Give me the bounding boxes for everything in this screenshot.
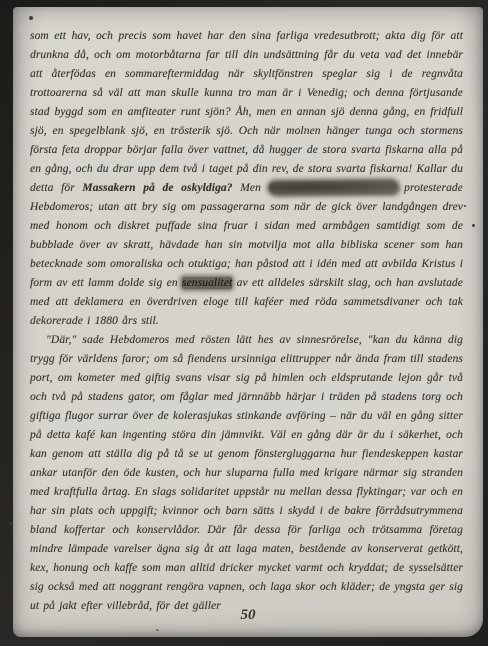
body-text: "Där," sade Hebdomeros med rösten lätt h… [30, 334, 463, 612]
smudge-highlighted-word: sensualitet [182, 277, 232, 289]
page-text: som ett hav, och precis som havet har de… [30, 27, 463, 616]
scanned-page: som ett hav, och precis som havet har de… [0, 0, 488, 646]
scan-speck [9, 522, 12, 525]
scan-speck [472, 224, 475, 227]
body-text: som ett hav, och precis som havet har de… [30, 30, 463, 194]
scan-speck [156, 629, 159, 631]
scan-speck [464, 205, 466, 207]
blacked-out-text [268, 180, 396, 193]
book-page-paper: som ett hav, och precis som havet har de… [13, 7, 483, 637]
emphasized-phrase: Massakern på de oskyldiga? [82, 182, 232, 194]
body-text: Men [233, 182, 269, 194]
paragraph-1: som ett hav, och precis som havet har de… [30, 27, 463, 331]
body-text: protesterade Hebdomeros; utan att bry si… [30, 182, 463, 289]
paragraph-2: "Där," sade Hebdomeros med rösten lätt h… [30, 331, 463, 616]
scan-speck [29, 16, 33, 20]
page-number: 50 [13, 607, 483, 624]
